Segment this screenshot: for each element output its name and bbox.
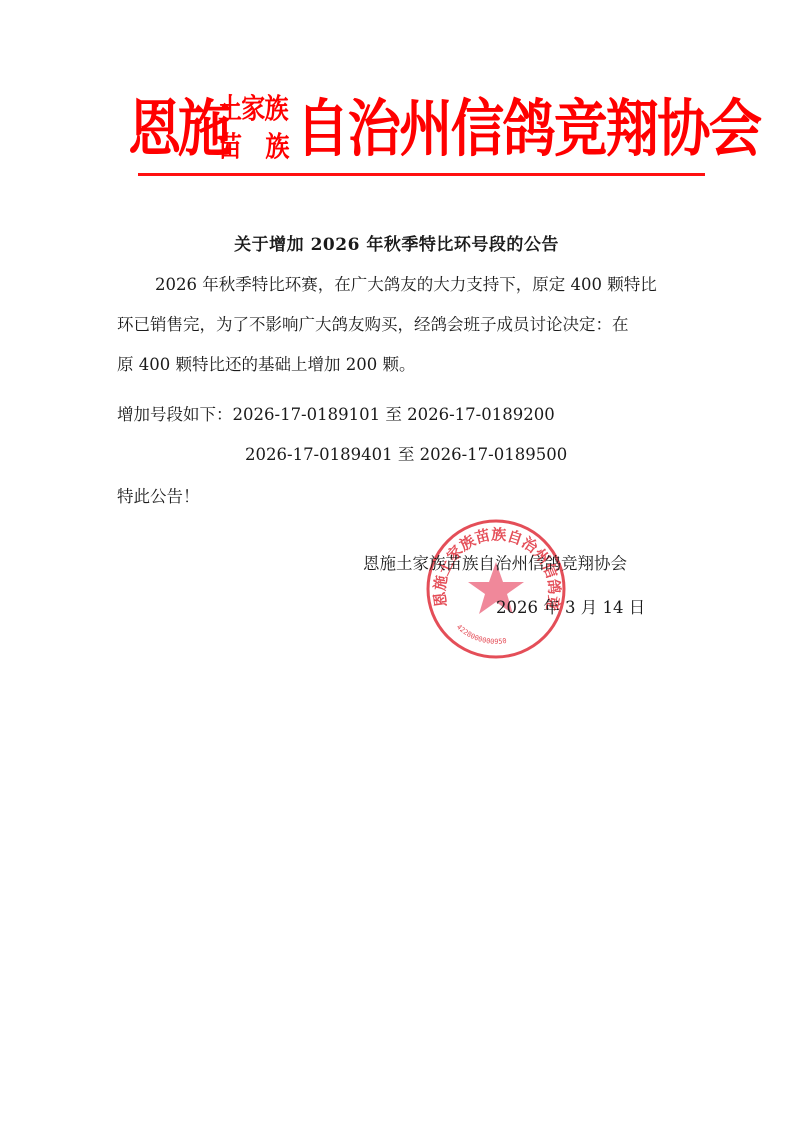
paragraph-line: 环已销售完，为了不影响广大鸽友购买，经鸽会班子成员讨论决定：在 — [117, 305, 687, 345]
letterhead-miao: 苗族 — [218, 132, 289, 162]
number-ranges: 增加号段如下：2026-17-0189101 至 2026-17-0189200… — [117, 395, 567, 475]
ranges-label: 增加号段如下： — [117, 405, 233, 424]
letterhead-org-name: 自治州信鸽竞翔协会 — [296, 94, 760, 164]
signature-organization: 恩施土家族苗族自治州信鸽竞翔协会 — [363, 550, 627, 574]
body-paragraph: 2026 年秋季特比环赛，在广大鸽友的大力支持下，原定 400 颗特比 环已销售… — [117, 265, 687, 385]
document-title: 关于增加 2026 年秋季特比环号段的公告 — [0, 230, 793, 255]
letterhead-enshi: 恩施 — [128, 94, 228, 164]
letterhead-miao-char: 苗 — [218, 130, 241, 163]
paragraph-line: 2026 年秋季特比环赛，在广大鸽友的大力支持下，原定 400 颗特比 — [117, 265, 687, 305]
range-1: 2026-17-0189101 至 2026-17-0189200 — [233, 405, 555, 424]
signature-date: 2026 年 3 月 14 日 — [496, 594, 645, 618]
closing-text: 特此公告！ — [117, 477, 200, 517]
official-seal-icon: 恩施土家族苗族自治州信鸽竞翔协会 4228000000950 — [425, 518, 567, 660]
paragraph-line: 原 400 颗特比还的基础上增加 200 颗。 — [117, 345, 687, 385]
letterhead-tujia: 土家族 — [218, 94, 288, 124]
letterhead-divider — [138, 173, 705, 176]
range-line-1: 增加号段如下：2026-17-0189101 至 2026-17-0189200 — [117, 395, 567, 435]
letterhead-zu-char: 族 — [265, 130, 288, 163]
seal-code: 4228000000950 — [455, 623, 507, 646]
range-2: 2026-17-0189401 至 2026-17-0189500 — [117, 435, 567, 475]
letterhead: 恩施 土家族 苗族 自治州信鸽竞翔协会 — [128, 88, 708, 168]
